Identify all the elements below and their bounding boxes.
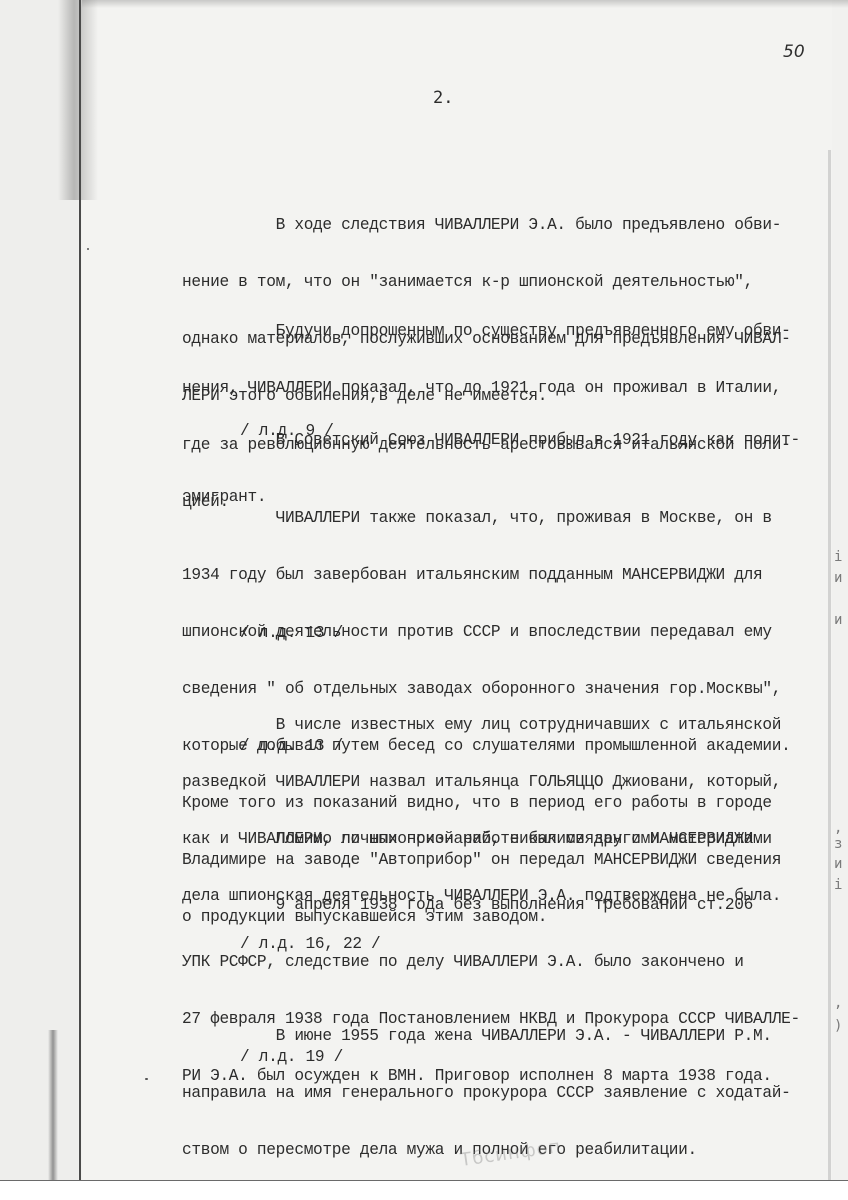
case-file-reference: / л.д. 9 / [240,421,334,440]
ink-speck [87,248,89,250]
page-right-edge [828,150,831,1180]
binding-edge-line [79,0,81,1180]
text-line: 1934 году был завербован итальянским под… [182,565,790,584]
handwritten-folio-number: 50 [783,42,805,62]
text-line: В июне 1955 года жена ЧИВАЛЛЕРИ Э.А. - Ч… [182,1026,790,1045]
text-line: В числе известных ему лиц сотрудничавших… [182,715,781,734]
margin-mark: і [834,877,842,893]
case-file-reference: / л.д. 19 / [240,1047,343,1066]
page-top-edge [82,0,848,8]
text-line: В ходе следствия ЧИВАЛЛЕРИ Э.А. было пре… [182,215,790,234]
text-line: УПК РСФСР, следствие по делу ЧИВАЛЛЕРИ Э… [182,952,800,971]
binding-shadow [58,0,98,200]
margin-mark: ) [834,1018,842,1034]
scanned-document: 50 2. В ходе следствия ЧИВАЛЛЕРИ Э.А. бы… [0,0,848,1200]
margin-mark: і [834,549,842,565]
case-file-reference: / л.д. 16, 22 / [240,934,380,953]
page-number: 2. [433,88,453,108]
binding-shadow-lower [48,1030,58,1180]
margin-mark: и [834,612,842,628]
text-line: разведкой ЧИВАЛЛЕРИ назвал итальянца ГОЛ… [182,772,781,791]
margin-mark: и [834,570,842,586]
margin-mark: , [834,820,842,836]
text-line: ЧИВАЛЛЕРИ также показал, что, проживая в… [182,508,790,527]
text-line: направила на имя генерального прокурора … [182,1083,790,1102]
margin-mark: и [834,856,842,872]
case-file-reference: / л.д. 13 / [240,736,343,755]
text-line: Помимо личных признаний, никакими другим… [182,829,781,848]
margin-mark: з [834,836,842,852]
margin-mark: , [834,995,842,1011]
ink-speck [145,1078,148,1080]
text-line: 9 апреля 1938 года без выполнения требов… [182,895,800,914]
text-line: Будучи допрошенным по существу предъявле… [182,321,790,340]
case-file-reference: / л.д. 13 / [240,623,343,642]
